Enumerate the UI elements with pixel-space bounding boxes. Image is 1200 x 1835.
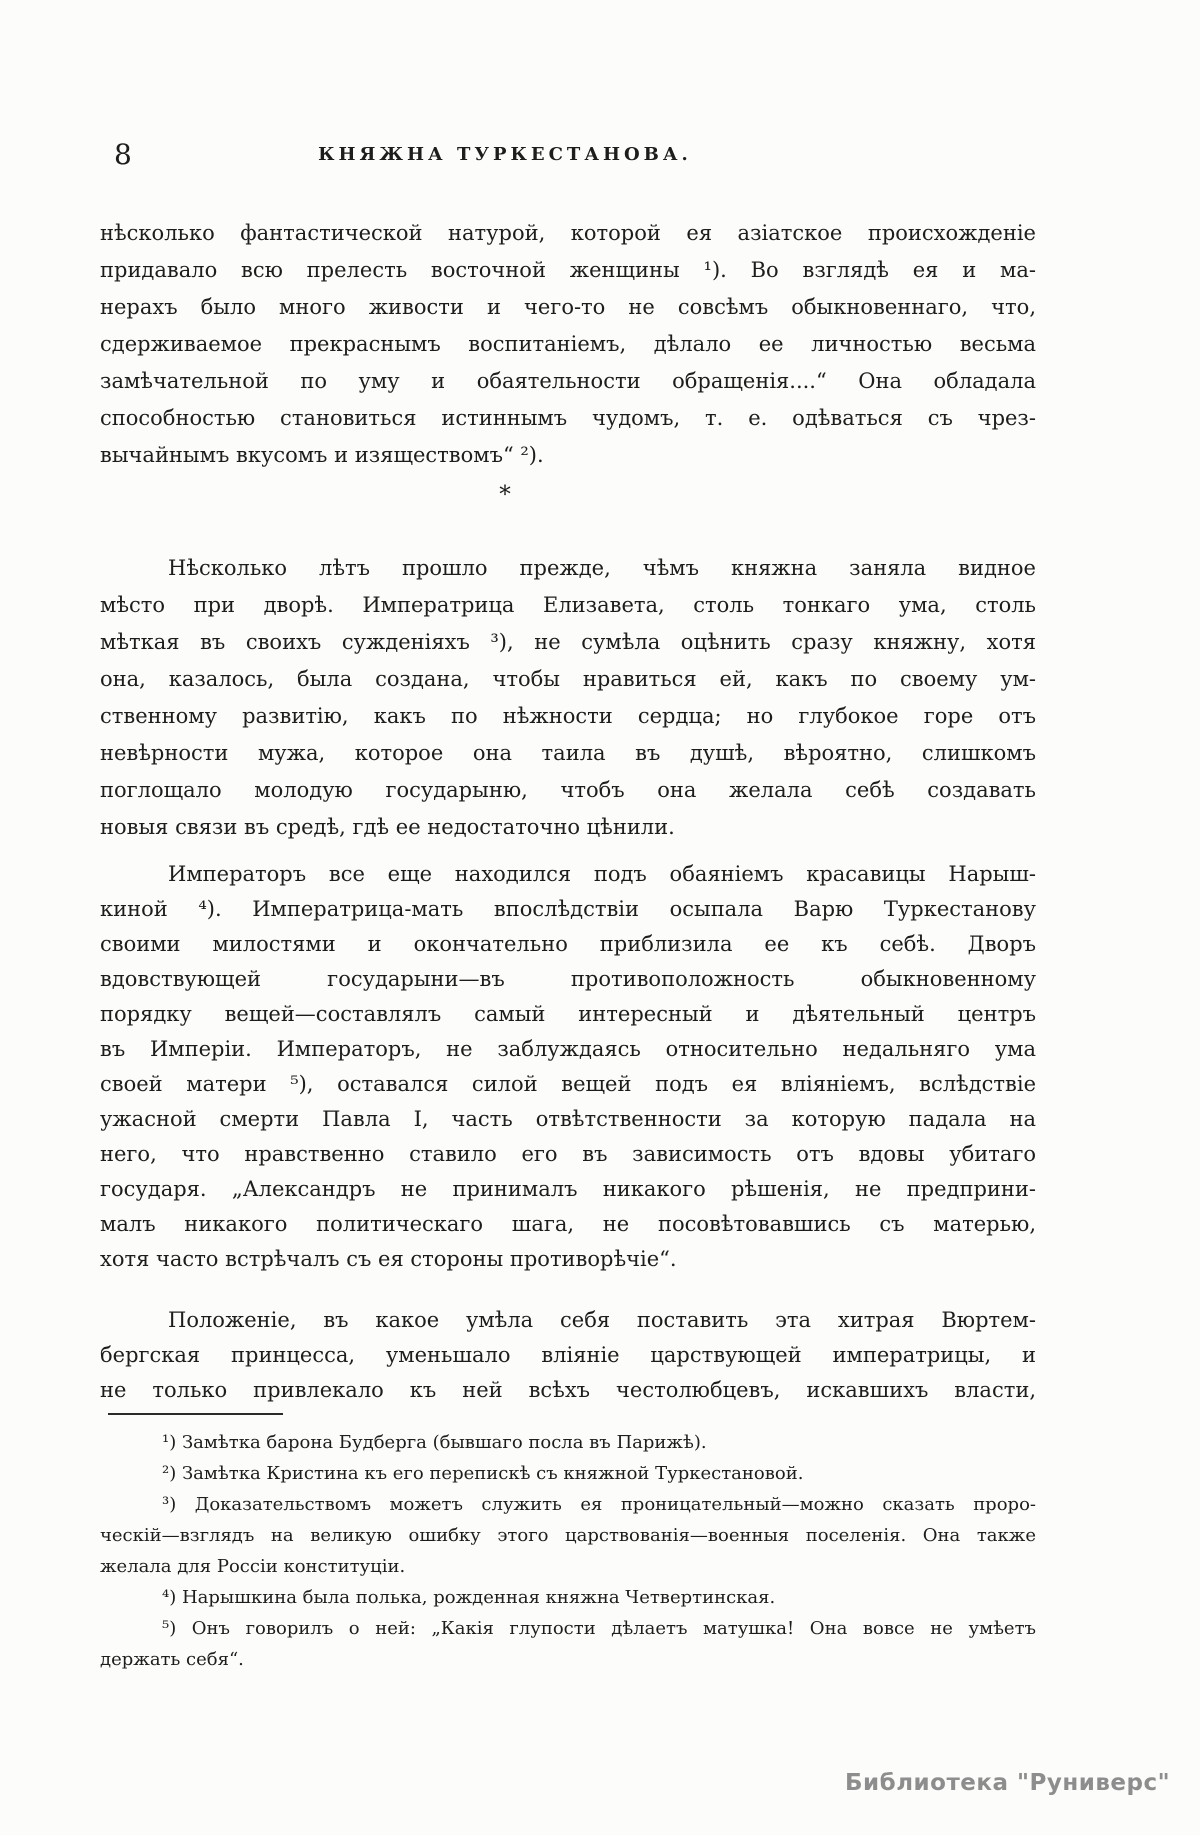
paragraph-2: Нѣсколько лѣтъ прошло прежде, чѣмъ княжн… (100, 550, 1036, 846)
text-line: вдовствующей государыни—въ противоположн… (100, 962, 1036, 997)
book-page: 8 КНЯЖНА ТУРКЕСТАНОВА. нѣсколько фантаст… (0, 0, 1200, 1835)
footnote-line: держать себя“. (100, 1644, 1036, 1675)
page-header: 8 КНЯЖНА ТУРКЕСТАНОВА. (100, 138, 1036, 178)
text-line: своей матери ⁵), оставался силой вещей п… (100, 1067, 1036, 1102)
text-line: киной ⁴). Императрица-мать впослѣдствіи … (100, 892, 1036, 927)
library-watermark: Библиотека "Руниверс" (845, 1770, 1170, 1796)
text-line: не только привлекало къ ней всѣхъ честол… (100, 1373, 1036, 1408)
text-line: она, казалось, была создана, чтобы нрави… (100, 661, 1036, 698)
footnotes: ¹) Замѣтка барона Будберга (бывшаго посл… (100, 1427, 1036, 1675)
paragraph-1: нѣсколько фантастической натурой, которо… (100, 215, 1036, 474)
text-line: хотя часто встрѣчалъ съ ея стороны проти… (100, 1242, 1036, 1277)
text-line: ственному развитію, какъ по нѣжности сер… (100, 698, 1036, 735)
text-line: государя. „Александръ не принималъ никак… (100, 1172, 1036, 1207)
text-line: бергская принцесса, уменьшало вліяніе ца… (100, 1338, 1036, 1373)
footnote-line: ¹) Замѣтка барона Будберга (бывшаго посл… (100, 1427, 1036, 1458)
text-line: поглощало молодую государыню, чтобъ она … (100, 772, 1036, 809)
footnote-line: ⁴) Нарышкина была полька, рожденная княж… (100, 1582, 1036, 1613)
paragraph-3: Императоръ все еще находился подъ обаяні… (100, 857, 1036, 1277)
text-line: нѣсколько фантастической натурой, которо… (100, 215, 1036, 252)
text-line: придавало всю прелесть восточной женщины… (100, 252, 1036, 289)
text-line: способностью становиться истиннымъ чудом… (100, 400, 1036, 437)
text-line: замѣчательной по уму и обаятельности обр… (100, 363, 1036, 400)
footnote-line: желала для Россіи конституціи. (100, 1551, 1036, 1582)
text-line: нерахъ было много живости и чего-то не с… (100, 289, 1036, 326)
text-line: Нѣсколько лѣтъ прошло прежде, чѣмъ княжн… (100, 550, 1036, 587)
text-line: порядку вещей—составлялъ самый интересны… (100, 997, 1036, 1032)
text-line: Императоръ все еще находился подъ обаяні… (100, 857, 1036, 892)
section-separator: * (100, 480, 910, 510)
footnote-line: ⁵) Онъ говорилъ о ней: „Какія глупости д… (100, 1613, 1036, 1644)
running-head: КНЯЖНА ТУРКЕСТАНОВА. (100, 144, 910, 165)
text-line: ужасной смерти Павла I, часть отвѣтствен… (100, 1102, 1036, 1137)
text-line: малъ никакого политическаго шага, не пос… (100, 1207, 1036, 1242)
footnote-separator-rule (108, 1413, 283, 1415)
footnote-line: ³) Доказательствомъ можетъ служить ея пр… (100, 1489, 1036, 1520)
footnote-line: ²) Замѣтка Кристина къ его перепискѣ съ … (100, 1458, 1036, 1489)
text-line: Положеніе, въ какое умѣла себя поставить… (100, 1303, 1036, 1338)
text-line: невѣрности мужа, которое она таила въ ду… (100, 735, 1036, 772)
text-line: мѣткая въ своихъ сужденіяхъ ³), не сумѣл… (100, 624, 1036, 661)
text-line: новыя связи въ средѣ, гдѣ ее недостаточн… (100, 809, 1036, 846)
footnote-line: ческій—взглядъ на великую ошибку этого ц… (100, 1520, 1036, 1551)
text-line: своими милостями и окончательно приблизи… (100, 927, 1036, 962)
text-line: него, что нравственно ставило его въ зав… (100, 1137, 1036, 1172)
paragraph-4: Положеніе, въ какое умѣла себя поставить… (100, 1303, 1036, 1408)
text-line: вычайнымъ вкусомъ и изяществомъ“ ²). (100, 437, 1036, 474)
text-line: мѣсто при дворѣ. Императрица Елизавета, … (100, 587, 1036, 624)
text-line: въ Имперіи. Императоръ, не заблуждаясь о… (100, 1032, 1036, 1067)
text-line: сдерживаемое прекраснымъ воспитаніемъ, д… (100, 326, 1036, 363)
